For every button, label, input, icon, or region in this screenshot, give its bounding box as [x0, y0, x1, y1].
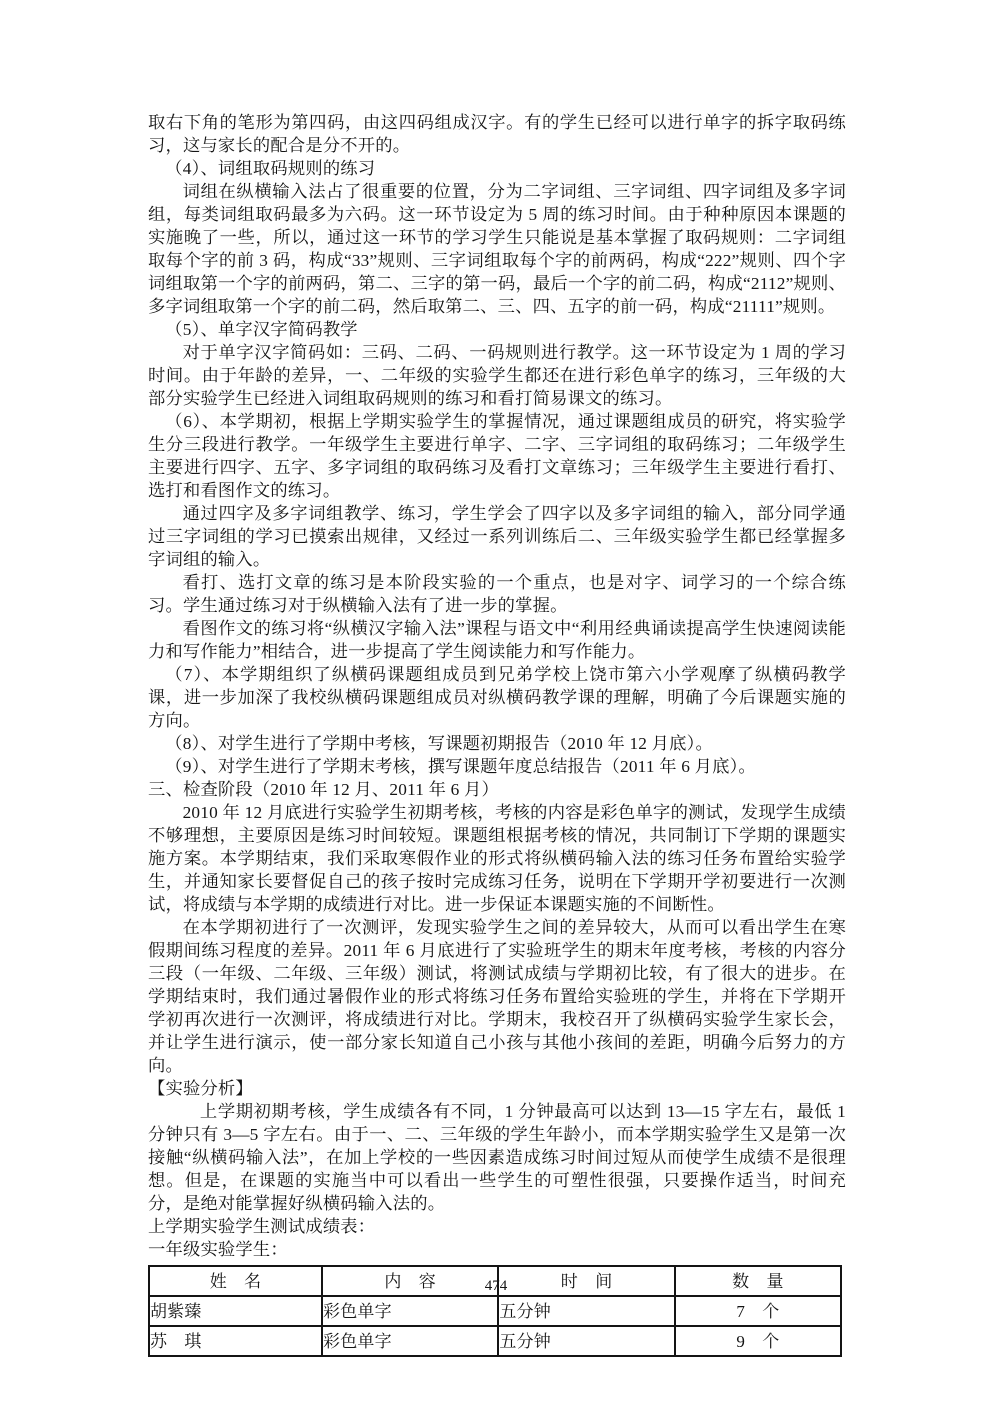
- cell-name: 苏 琪: [149, 1326, 322, 1356]
- paragraph: 看打、选打文章的练习是本阶段实验的一个重点，也是对字、词学习的一个综合练习。学生…: [148, 571, 846, 617]
- cell-quantity: 7 个: [675, 1296, 841, 1326]
- table-row: 苏 琪 彩色单字 五分钟 9 个: [149, 1326, 841, 1356]
- cell-time: 五分钟: [498, 1326, 674, 1356]
- paragraph: 词组在纵横输入法占了很重要的位置，分为二字词组、三字词组、四字词组及多字词组，每…: [148, 180, 846, 318]
- table-caption: 上学期实验学生测试成绩表：: [148, 1215, 846, 1238]
- cell-name: 胡紫臻: [149, 1296, 322, 1326]
- paragraph-item-7: （7）、本学期组织了纵横码课题组成员到兄弟学校上饶市第六小学观摩了纵横码教学课，…: [148, 663, 846, 732]
- paragraph-item-8: （8）、对学生进行了学期中考核，写课题初期报告（2010 年 12 月底）。: [148, 732, 846, 755]
- paragraph-item-6: （6）、本学期初，根据上学期实验学生的掌握情况，通过课题组成员的研究，将实验学生…: [148, 410, 846, 502]
- cell-content: 彩色单字: [322, 1296, 498, 1326]
- paragraph-item-4: （4）、词组取码规则的练习: [148, 157, 846, 180]
- section-heading-experiment-analysis: 【实验分析】: [148, 1077, 846, 1100]
- paragraph: 看图作文的练习将“纵横汉字输入法”课程与语文中“利用经典诵读提高学生快速阅读能力…: [148, 617, 846, 663]
- section-heading-check-phase: 三、检查阶段（2010 年 12 月、2011 年 6 月）: [148, 778, 846, 801]
- paragraph: 上学期初期考核，学生成绩各有不同，1 分钟最高可以达到 13—15 字左右，最低…: [148, 1100, 846, 1215]
- paragraph: 通过四字及多字词组教学、练习，学生学会了四字以及多字词组的输入，部分同学通过三字…: [148, 502, 846, 571]
- paragraph: 对于单字汉字简码如：三码、二码、一码规则进行教学。这一环节设定为 1 周的学习时…: [148, 341, 846, 410]
- paragraph: 2010 年 12 月底进行实验学生初期考核，考核的内容是彩色单字的测试，发现学…: [148, 801, 846, 916]
- paragraph-continuation: 取右下角的笔形为第四码，由这四码组成汉字。有的学生已经可以进行单字的拆字取码练习…: [148, 111, 846, 157]
- table-subcaption: 一年级实验学生：: [148, 1238, 846, 1261]
- paragraph-item-5: （5）、单字汉字简码教学: [148, 318, 846, 341]
- cell-content: 彩色单字: [322, 1326, 498, 1356]
- document-page: 取右下角的笔形为第四码，由这四码组成汉字。有的学生已经可以进行单字的拆字取码练习…: [0, 0, 992, 1403]
- paragraph-item-9: （9）、对学生进行了学期末考核，撰写课题年度总结报告（2011 年 6 月底）。: [148, 755, 846, 778]
- cell-time: 五分钟: [498, 1296, 674, 1326]
- cell-quantity: 9 个: [675, 1326, 841, 1356]
- document-body: 取右下角的笔形为第四码，由这四码组成汉字。有的学生已经可以进行单字的拆字取码练习…: [148, 111, 846, 1357]
- page-number: 474: [0, 1278, 992, 1295]
- table-row: 胡紫臻 彩色单字 五分钟 7 个: [149, 1296, 841, 1326]
- paragraph: 在本学期初进行了一次测评，发现实验学生之间的差异较大，从而可以看出学生在寒假期间…: [148, 916, 846, 1077]
